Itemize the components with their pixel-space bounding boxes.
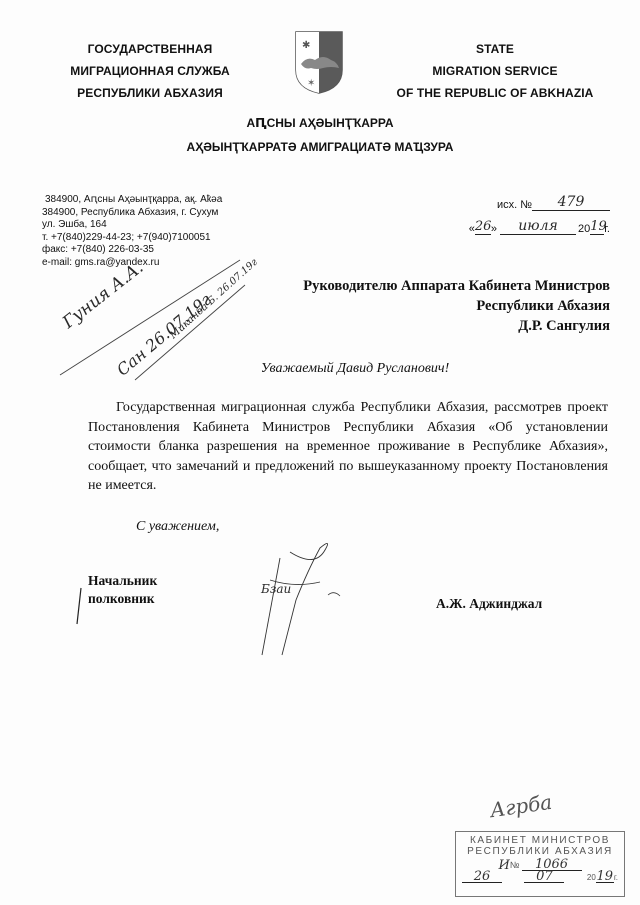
stamp-day: 26: [462, 871, 502, 883]
addressee-block: Руководителю Аппарата Кабинета Министров…: [303, 276, 610, 336]
stamp-line-2: РЕСПУБЛИКИ АБХАЗИЯ: [456, 846, 624, 857]
outgoing-reference: исх. № 479 « 26 » июля 20 19 г.: [440, 189, 610, 235]
stamp-year-g: г.: [614, 873, 618, 882]
addressee-line-1: Руководителю Аппарата Кабинета Министров: [303, 276, 610, 296]
header-ru-line-3: РЕСПУБЛИКИ АБХАЗИЯ: [40, 82, 260, 104]
stamp-year-prefix: 20: [587, 873, 596, 882]
stamp-date-row: 26 07 2019г.: [456, 871, 624, 883]
header-russian: ГОСУДАРСТВЕННАЯ МИГРАЦИОННАЯ СЛУЖБА РЕСП…: [40, 38, 260, 104]
header-en-line-1: STATE: [380, 38, 610, 60]
header-abkhaz-line-2: АҲӘЫНҬҠАРРАТӘ АМИГРАЦИАТӘ МАҴЗУРА: [0, 140, 640, 154]
stamp-year-suffix: 19: [596, 871, 614, 883]
header-abkhaz-line-1: АԤСНЫ АҲӘЫНҬҠАРРА: [0, 116, 640, 130]
contact-line: 384900, Аԥсны Аҳәынҭқарра, ақ. Аҟәа: [42, 194, 222, 207]
salutation: Уважаемый Давид Русланович!: [0, 361, 640, 377]
contact-line: ул. Эшба, 164: [42, 219, 222, 232]
date-year-suffix: 19: [590, 219, 604, 235]
margin-mark: [76, 588, 79, 624]
svg-text:✶: ✶: [307, 78, 315, 89]
coat-of-arms-icon: ✱ ✶: [293, 30, 345, 94]
signer-name: А.Ж. Аджинджал: [436, 596, 542, 612]
handwritten-signature: Бзаи: [240, 540, 350, 660]
outgoing-number-row: исх. № 479: [440, 189, 610, 211]
incoming-registration-stamp: КАБИНЕТ МИНИСТРОВ РЕСПУБЛИКИ АБХАЗИЯ И №…: [455, 831, 625, 897]
stamp-handwritten-note: Агрба: [489, 790, 554, 822]
header-en-line-2: MIGRATION SERVICE: [380, 60, 610, 82]
letter-body: Государственная миграционная служба Респ…: [88, 398, 608, 496]
signer-title-line-1: Начальник: [88, 572, 157, 590]
header-ru-line-2: МИГРАЦИОННАЯ СЛУЖБА: [40, 60, 260, 82]
header-english: STATE MIGRATION SERVICE OF THE REPUBLIC …: [380, 38, 610, 104]
addressee-line-2: Республики Абхазия: [303, 296, 610, 316]
header-ru-line-1: ГОСУДАРСТВЕННАЯ: [40, 38, 260, 60]
outgoing-number: 479: [532, 194, 610, 211]
stamp-line-1: КАБИНЕТ МИНИСТРОВ: [456, 835, 624, 846]
stamp-prefix: И: [499, 860, 510, 871]
signer-title-line-2: полковник: [88, 590, 157, 608]
header-en-line-3: OF THE REPUBLIC OF ABKHAZIA: [380, 82, 610, 104]
outgoing-number-label: исх. №: [497, 199, 532, 211]
contact-line: 384900, Республика Абхазия, г. Сухум: [42, 207, 222, 220]
date-year-prefix: 20: [578, 223, 590, 235]
signature-text: Бзаи: [261, 582, 291, 596]
date-month: июля: [500, 218, 576, 235]
addressee-line-3: Д.Р. Сангулия: [303, 316, 610, 336]
date-year-g: г.: [604, 223, 610, 235]
stamp-month: 07: [524, 871, 564, 883]
date-day: 26: [475, 219, 491, 235]
closing: С уважением,: [136, 519, 219, 535]
contact-line: т. +7(840)229-44-23; +7(940)7100051: [42, 232, 222, 245]
svg-text:✱: ✱: [302, 40, 310, 51]
stamp-no-label: №: [510, 860, 520, 871]
signer-title: Начальник полковник: [88, 572, 157, 608]
letter-body-paragraph: Государственная миграционная служба Респ…: [88, 398, 608, 496]
outgoing-date-row: « 26 » июля 20 19 г.: [440, 213, 610, 235]
